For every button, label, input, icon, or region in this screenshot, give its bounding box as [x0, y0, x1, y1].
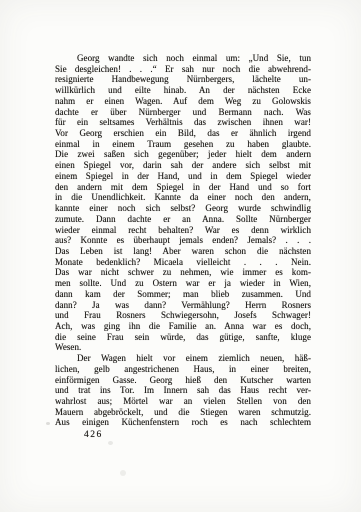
text-line: einmal in einem Traum gesehen zu haben g… [55, 139, 311, 150]
text-line: Das war nicht schwer zu nehmen, wie imme… [55, 267, 311, 278]
text-line: und trat ins Tor. Im Innern sah das Haus… [55, 385, 311, 396]
text-line: die seine Frau sein würde, das gütige, s… [55, 332, 311, 343]
text-line: kannte einer noch sich selbst? Georg wur… [55, 203, 311, 214]
text-line: dann? Ja was dann? Vermählung? Herrn Ros… [55, 300, 311, 311]
text-line: Ach, was ging ihn die Familie an. Anna w… [55, 321, 311, 332]
text-line: für ein seltsames Verhältnis das zwische… [55, 117, 311, 128]
text-line: und Frau Rosners Schwiegersohn, Josefs S… [55, 310, 311, 321]
text-line: men sollte. Und zu Ostern war er ja wied… [55, 278, 311, 289]
page-text: Georg wandte sich noch einmal um: „Und S… [55, 53, 311, 428]
scan-speck [120, 470, 126, 476]
text-line: Sie desgleichen! . . .“ Er sah nur noch … [55, 64, 311, 75]
text-line: dachte er über Nürnberger und Bermann na… [55, 107, 311, 118]
book-page: Georg wandte sich noch einmal um: „Und S… [0, 0, 361, 512]
scan-speck [108, 441, 113, 445]
text-line: Das Leben ist lang! Aber waren schon die… [55, 246, 311, 257]
text-line: wieder einmal recht behalten? War es den… [55, 225, 311, 236]
text-line: einförmigen Gasse. Georg hieß den Kutsch… [55, 375, 311, 386]
text-line: nahm er einen Wagen. Auf dem Weg zu Golo… [55, 96, 311, 107]
text-line: Der Wagen hielt vor einem ziemlich neuen… [55, 353, 311, 364]
text-line: einem Spiegel in der Hand, und in dem Sp… [55, 171, 311, 182]
text-line: Georg wandte sich noch einmal um: „Und S… [55, 53, 311, 64]
text-line: Vor Georg erschien ein Bild, das er ähnl… [55, 128, 311, 139]
text-line: wahrlost aus; Mörtel war an vielen Stell… [55, 396, 311, 407]
text-line: willkürlich und eilte hinab. An der näch… [55, 85, 311, 96]
text-line: dann kam der Sommer; man blieb zusammen.… [55, 289, 311, 300]
text-line: Monate bedenklich? Micaela vielleicht . … [55, 257, 311, 268]
text-line: in die Unendlichkeit. Kannte da einer no… [55, 192, 311, 203]
text-line: den andern mit dem Spiegel in der Hand u… [55, 182, 311, 193]
text-line: zumute. Dann dachte er an Anna. Sollte N… [55, 214, 311, 225]
text-line: Aus einigen Küchenfenstern roch es nach … [55, 417, 311, 428]
text-line: Die zwei saßen sich gegenüber; jeder hie… [55, 149, 311, 160]
text-line: resignierte Handbewegung Nürnbergers, lä… [55, 74, 311, 85]
text-line: Mauern abgebröckelt, und die Stiegen war… [55, 407, 311, 418]
text-line: einen Spiegel vor, darin sah der andere … [55, 160, 311, 171]
text-line: lichen, gelb angestrichenen Haus, in ein… [55, 364, 311, 375]
page-number: 426 [84, 430, 103, 440]
text-line: Wesen. [55, 342, 311, 353]
text-line: aus? Konnte es überhaupt jemals enden? J… [55, 235, 311, 246]
scan-speck [46, 422, 50, 425]
